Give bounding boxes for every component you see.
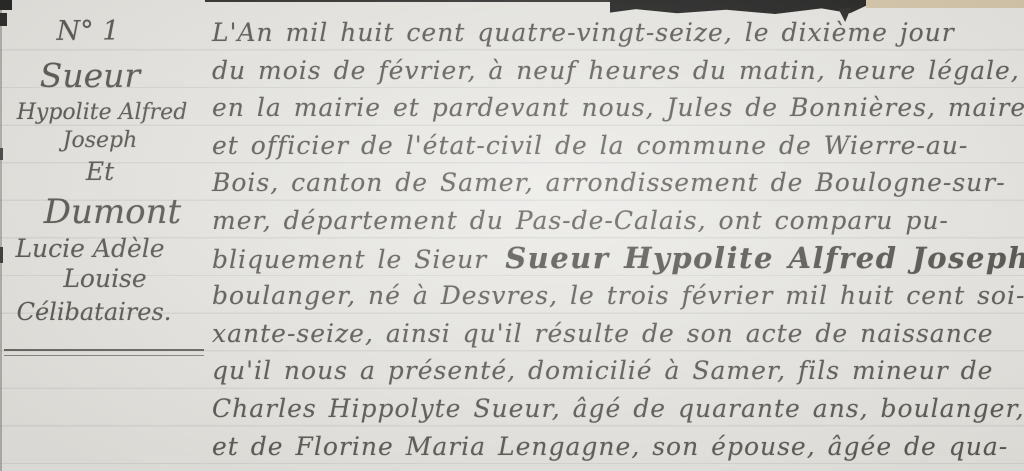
act-text-line: mer, département du Pas-de-Calais, ont c… (212, 202, 1024, 240)
margin-groom-surname: Sueur (30, 56, 150, 95)
act-text-line: en la mairie et pardevant nous, Jules de… (212, 89, 1024, 127)
margin-closing-rule (4, 349, 204, 356)
margin-act-number: N° 1 (40, 16, 136, 47)
act-text-line: boulanger, né à Desvres, le trois févrie… (212, 277, 1024, 315)
scan-artifact-tan-strip (866, 0, 1024, 8)
act-text-prefix: bliquement le Sieur (212, 245, 487, 274)
scan-artifact-black-bar (610, 0, 868, 14)
margin-conjunction: Et (60, 157, 140, 186)
scan-artifact-corner-mark (0, 0, 12, 10)
registry-page: N° 1 Sueur Hypolite Alfred Joseph Et Dum… (0, 0, 1024, 471)
act-text-line: Charles Hippolyte Sueur, âgé de quarante… (212, 390, 1024, 428)
scan-artifact-top-line (205, 0, 613, 2)
act-text-line: xante-seize, ainsi qu'il résulte de son … (212, 315, 1024, 353)
act-text-line: et officier de l'état-civil de la commun… (212, 127, 1024, 165)
margin-groom-firstnames: Hypolite Alfred (4, 100, 200, 125)
act-text-line: et de Florine Maria Lengagne, son épouse… (212, 428, 1024, 466)
act-text-line: Bois, canton de Samer, arrondissement de… (212, 164, 1024, 202)
margin-bride-surname: Dumont (35, 192, 190, 232)
margin-bride-firstnames: Louise (30, 264, 180, 293)
scan-artifact-corner-mark (0, 13, 7, 26)
act-text-body: L'An mil huit cent quatre-vingt-seize, l… (212, 14, 1024, 465)
act-text-line: du mois de février, à neuf heures du mat… (212, 52, 1024, 90)
act-text-line-with-name: bliquement le SieurSueur Hypolite Alfred… (212, 240, 1024, 278)
groom-full-name: Sueur Hypolite Alfred Joseph, (505, 241, 1024, 275)
margin-bride-firstnames: Lucie Adèle (0, 234, 180, 263)
act-text-line: qu'il nous a présenté, domicilié à Samer… (212, 352, 1024, 390)
margin-marital-status: Célibataires. (8, 298, 180, 326)
scan-artifact-edge-mark (0, 148, 3, 160)
margin-groom-firstnames: Joseph (40, 128, 160, 153)
scan-artifact-edge-mark (0, 247, 3, 263)
act-text-line: L'An mil huit cent quatre-vingt-seize, l… (212, 14, 1024, 52)
